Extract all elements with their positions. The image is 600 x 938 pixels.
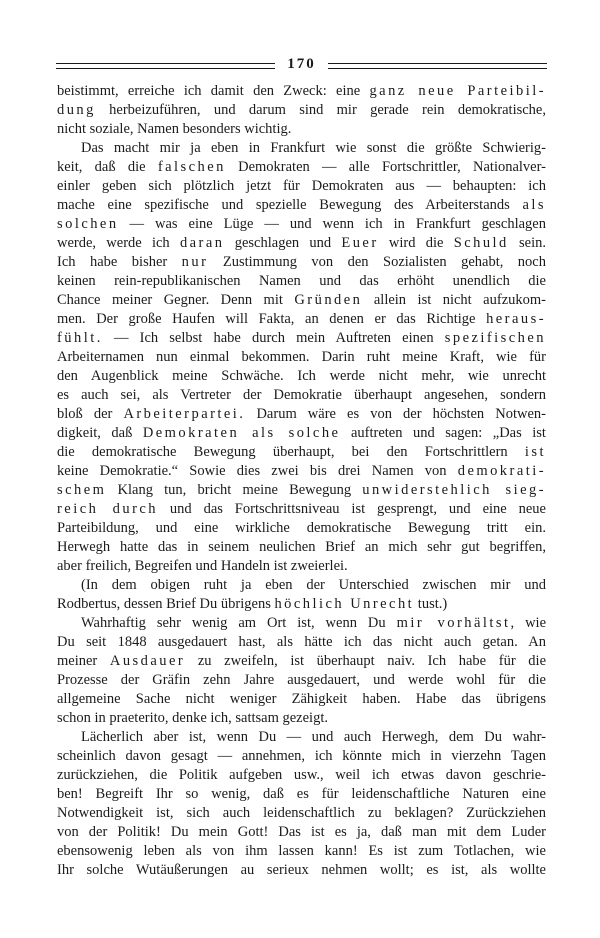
text-segment: Herwegh hatte das in seinem neulichen Br…	[57, 539, 546, 555]
text-line: Arbeiternamen nun einmal bekommen. Darin…	[57, 348, 546, 367]
text-line: Ihr solche Wutäußerungen au serieux nehm…	[57, 861, 546, 880]
emphasized-text: als	[522, 197, 546, 213]
text-line: digkeit, daß Demokraten als solche auftr…	[57, 424, 546, 443]
emphasized-text: solchen	[57, 216, 119, 232]
text-segment: Prozesse der Gräfin zehn Jahre ausgedaue…	[57, 672, 546, 688]
paragraph: (In dem obigen ruht ja eben der Untersch…	[57, 576, 546, 614]
text-segment: Darum wäre es von der höchsten Notwen-	[245, 406, 546, 422]
text-segment: einler geben sich plötzlich jetzt für De…	[57, 178, 546, 194]
emphasized-text: Demokraten als solche	[143, 425, 341, 441]
text-segment: die demokratische Bewegung überhaupt, be…	[57, 444, 525, 460]
text-line: keine Demokratie.“ Sowie dies zwei bis d…	[57, 462, 546, 481]
text-segment: keinen rein-republikanischen Namen und d…	[57, 273, 546, 289]
text-line: bloß der Arbeiterpartei. Darum wäre es v…	[57, 405, 546, 424]
text-block: beistimmt, erreiche ich damit den Zweck:…	[57, 82, 546, 880]
text-line: (In dem obigen ruht ja eben der Untersch…	[57, 576, 546, 595]
text-line: scheinlich davon gesagt — annehmen, ich …	[57, 747, 546, 766]
text-line: Rodbertus, dessen Brief Du übrigens höch…	[57, 595, 546, 614]
text-segment: Klang tun, bricht meine Bewegung	[106, 482, 362, 498]
text-segment: herbeizuführen, und darum sind mir gerad…	[96, 102, 546, 118]
emphasized-text: ganz neue Parteibil-	[369, 83, 546, 99]
text-line: ebensowenig leben als von ihm lassen kan…	[57, 842, 546, 861]
text-segment: aber freilich, Begreifen und Handeln ist…	[57, 558, 348, 574]
emphasized-text: höchlich Unrecht	[274, 596, 414, 612]
emphasized-text: reich durch	[57, 501, 158, 517]
text-segment: Notwendigkeit ist, sich auch leidenschaf…	[57, 805, 546, 821]
text-segment: Lächerlich aber ist, wenn Du — und auch …	[81, 729, 546, 745]
text-segment: nicht soziale, Namen besonders wichtig.	[57, 121, 291, 137]
text-segment: Rodbertus, dessen Brief Du übrigens	[57, 596, 274, 612]
text-line: Lächerlich aber ist, wenn Du — und auch …	[57, 728, 546, 747]
text-line: nicht soziale, Namen besonders wichtig.	[57, 120, 546, 139]
text-line: aber freilich, Begreifen und Handeln ist…	[57, 557, 546, 576]
text-line: ben! Begreift Ihr so wenig, daß es für l…	[57, 785, 546, 804]
emphasized-text: fühlt.	[57, 330, 103, 346]
text-segment: zurückziehen, die Politik aufgeben usw.,…	[57, 767, 546, 783]
text-line: schem Klang tun, bricht meine Bewegung u…	[57, 481, 546, 500]
text-line: Chance meiner Gegner. Denn mit Gründen a…	[57, 291, 546, 310]
text-line: Herwegh hatte das in seinem neulichen Br…	[57, 538, 546, 557]
emphasized-text: heraus-	[486, 311, 546, 327]
text-line: es auch sei, als Vertreter der Demokrati…	[57, 386, 546, 405]
emphasized-text: Arbeiterpartei.	[123, 406, 245, 422]
text-line: zurückziehen, die Politik aufgeben usw.,…	[57, 766, 546, 785]
text-line: einler geben sich plötzlich jetzt für De…	[57, 177, 546, 196]
text-segment: wird die	[379, 235, 454, 251]
emphasized-text: unwiderstehlich sieg-	[362, 482, 546, 498]
text-segment: keine Demokratie.“ Sowie dies zwei bis d…	[57, 463, 458, 479]
header-rule-left	[56, 63, 275, 69]
text-segment: tust.)	[414, 596, 447, 612]
text-segment: bloß der	[57, 406, 123, 422]
emphasized-text: Euer	[341, 235, 378, 251]
text-segment: mache eine spezifische und spezielle Bew…	[57, 197, 522, 213]
emphasized-text: Schuld	[454, 235, 509, 251]
page-number: 170	[284, 57, 319, 72]
text-line: keit, daß die falschen Demokraten — alle…	[57, 158, 546, 177]
text-line: fühlt. — Ich selbst habe durch mein Auft…	[57, 329, 546, 348]
text-segment: — was eine Lüge — und wenn ich in Frankf…	[119, 216, 546, 232]
emphasized-text: daran	[180, 235, 225, 251]
text-line: men. Der große Haufen will Fakta, an den…	[57, 310, 546, 329]
text-line: Ich habe bisher nur Zustimmung von den S…	[57, 253, 546, 272]
text-segment: ebensowenig leben als von ihm lassen kan…	[57, 843, 546, 859]
book-page: 170 beistimmt, erreiche ich damit den Zw…	[0, 0, 600, 938]
text-line: beistimmt, erreiche ich damit den Zweck:…	[57, 82, 546, 101]
page-header: 170	[56, 58, 547, 73]
text-segment: Du seit 1848 ausgedauert hast, als hätte…	[57, 634, 546, 650]
text-segment: Arbeiternamen nun einmal bekommen. Darin…	[57, 349, 546, 365]
text-segment: Chance meiner Gegner. Denn mit	[57, 292, 294, 308]
emphasized-text: falschen	[158, 159, 226, 175]
emphasized-text: spezifischen	[445, 330, 546, 346]
text-segment: von der Politik! Du mein Gott! Das ist e…	[57, 824, 546, 840]
text-segment: (In dem obigen ruht ja eben der Untersch…	[81, 577, 546, 593]
text-line: keinen rein-republikanischen Namen und d…	[57, 272, 546, 291]
paragraph: Lächerlich aber ist, wenn Du — und auch …	[57, 728, 546, 880]
paragraph: beistimmt, erreiche ich damit den Zweck:…	[57, 82, 546, 139]
text-segment: meiner	[57, 653, 110, 669]
text-line: mache eine spezifische und spezielle Bew…	[57, 196, 546, 215]
text-segment: auftreten und sagen: „Das ist	[340, 425, 546, 441]
emphasized-text: schem	[57, 482, 106, 498]
text-segment: Demokraten — alle Fortschrittler, Nation…	[226, 159, 546, 175]
text-line: den Augenblick meine Schwäche. Ich werde…	[57, 367, 546, 386]
text-segment: Ich habe bisher	[57, 254, 182, 270]
emphasized-text: Ausdauer	[110, 653, 185, 669]
text-segment: werde, werde ich	[57, 235, 180, 251]
text-line: die demokratische Bewegung überhaupt, be…	[57, 443, 546, 462]
text-segment: beistimmt, erreiche ich damit den Zweck:…	[57, 83, 369, 99]
emphasized-text: ist	[525, 444, 546, 460]
text-segment: sein.	[509, 235, 546, 251]
text-line: werde, werde ich daran geschlagen und Eu…	[57, 234, 546, 253]
text-line: solchen — was eine Lüge — und wenn ich i…	[57, 215, 546, 234]
text-line: Das macht mir ja eben in Frankfurt wie s…	[57, 139, 546, 158]
text-line: von der Politik! Du mein Gott! Das ist e…	[57, 823, 546, 842]
text-line: Du seit 1848 ausgedauert hast, als hätte…	[57, 633, 546, 652]
text-segment: Ihr solche Wutäußerungen au serieux nehm…	[57, 862, 546, 878]
text-line: allgemeine Sache nicht weniger Zähigkeit…	[57, 690, 546, 709]
text-segment: allein ist nicht aufzukom-	[362, 292, 546, 308]
text-line: reich durch und das Fortschrittsniveau i…	[57, 500, 546, 519]
text-line: dung herbeizuführen, und darum sind mir …	[57, 101, 546, 120]
text-segment: zu zweifeln, ist überhaupt naiv. Ich hab…	[185, 653, 546, 669]
text-segment: scheinlich davon gesagt — annehmen, ich …	[57, 748, 546, 764]
text-segment: schon in praeterito, denke ich, sattsam …	[57, 710, 328, 726]
text-segment: Parteibildung, und eine wirkliche demokr…	[57, 520, 546, 536]
emphasized-text: mir vorhältst	[397, 615, 511, 631]
text-line: meiner Ausdauer zu zweifeln, ist überhau…	[57, 652, 546, 671]
text-segment: , wie	[510, 615, 546, 631]
text-line: schon in praeterito, denke ich, sattsam …	[57, 709, 546, 728]
text-line: Notwendigkeit ist, sich auch leidenschaf…	[57, 804, 546, 823]
text-segment: Zustimmung von den Sozialisten gehabt, n…	[208, 254, 546, 270]
text-segment: es auch sei, als Vertreter der Demokrati…	[57, 387, 546, 403]
text-segment: — Ich selbst habe durch mein Auftreten e…	[103, 330, 445, 346]
text-segment: und das Fortschrittsniveau ist gesprengt…	[158, 501, 546, 517]
text-segment: allgemeine Sache nicht weniger Zähigkeit…	[57, 691, 546, 707]
text-segment: geschlagen und	[224, 235, 341, 251]
text-line: Prozesse der Gräfin zehn Jahre ausgedaue…	[57, 671, 546, 690]
emphasized-text: dung	[57, 102, 96, 118]
paragraph: Das macht mir ja eben in Frankfurt wie s…	[57, 139, 546, 576]
paragraph: Wahrhaftig sehr wenig am Ort ist, wenn D…	[57, 614, 546, 728]
text-segment: ben! Begreift Ihr so wenig, daß es für l…	[57, 786, 546, 802]
emphasized-text: demokrati-	[458, 463, 546, 479]
emphasized-text: Gründen	[294, 292, 362, 308]
header-rule-right	[328, 63, 547, 69]
text-segment: Wahrhaftig sehr wenig am Ort ist, wenn D…	[81, 615, 397, 631]
text-line: Parteibildung, und eine wirkliche demokr…	[57, 519, 546, 538]
text-segment: digkeit, daß	[57, 425, 143, 441]
text-segment: Das macht mir ja eben in Frankfurt wie s…	[81, 140, 546, 156]
emphasized-text: nur	[182, 254, 209, 270]
text-segment: keit, daß die	[57, 159, 158, 175]
text-segment: men. Der große Haufen will Fakta, an den…	[57, 311, 486, 327]
text-segment: den Augenblick meine Schwäche. Ich werde…	[57, 368, 546, 384]
text-line: Wahrhaftig sehr wenig am Ort ist, wenn D…	[57, 614, 546, 633]
